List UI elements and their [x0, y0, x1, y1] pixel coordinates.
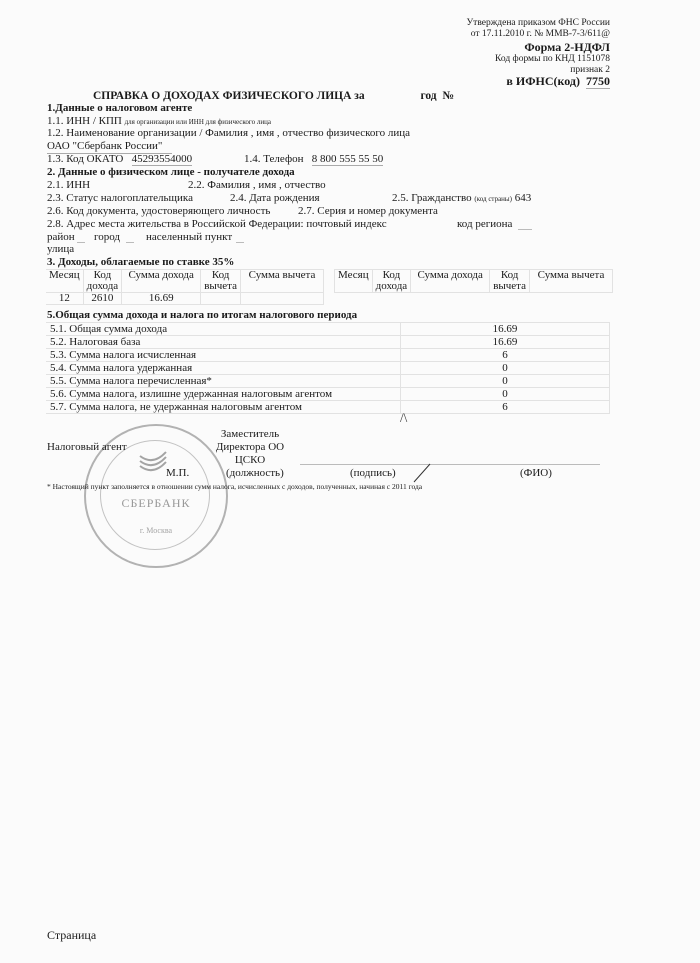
- position-line-2: Директора ОО: [215, 441, 285, 454]
- recipient-inn-label: 2.1. ИНН: [47, 179, 90, 192]
- doc-code-label: 2.6. Код документа, удостоверяющего личн…: [47, 205, 270, 218]
- inn-kpp-label: 1.1. ИНН / КПП: [47, 115, 122, 127]
- tax-overwithheld-value: 0: [401, 388, 610, 401]
- totals-table: 5.1. Общая сумма дохода16.69 5.2. Налого…: [46, 322, 610, 414]
- income-table-header: Месяц Код дохода Сумма дохода Код вычета…: [335, 270, 613, 293]
- total-income-value: 16.69: [401, 323, 610, 336]
- street-label: улица: [47, 243, 74, 256]
- cell-month: 12: [46, 293, 83, 305]
- section3-heading: 3. Доходы, облагаемые по ставке 35%: [47, 256, 234, 269]
- position-line-3: ЦСКО: [215, 454, 285, 467]
- tax-base-label: 5.2. Налоговая база: [46, 336, 401, 349]
- position-block: Заместитель Директора ОО ЦСКО: [215, 428, 285, 467]
- okato-field: 1.3. Код ОКАТО 45293554000: [47, 153, 192, 166]
- citizenship-note: (код страны): [474, 195, 512, 203]
- birth-date-label: 2.4. Дата рождения: [230, 192, 320, 205]
- fio-caption: (ФИО): [520, 467, 552, 480]
- col-deduction-code: Код вычета: [490, 270, 530, 293]
- tax-withheld-value: 0: [401, 362, 610, 375]
- col-income-code: Код дохода: [83, 270, 122, 293]
- taxpayer-status-label: 2.3. Статус налогоплательщика: [47, 192, 193, 205]
- table-row: 12 2610 16.69: [46, 293, 324, 305]
- title-year-label: год: [420, 90, 436, 102]
- page-label: Страница: [47, 928, 96, 943]
- section1-heading: 1.Данные о налоговом агенте: [47, 102, 192, 115]
- tax-overwithheld-label: 5.6. Сумма налога, излишне удержанная на…: [46, 388, 401, 401]
- approval-line-2: от 17.11.2010 г. № ММВ-7-3/611@: [471, 29, 610, 40]
- knd-code: Код формы по КНД 1151078: [495, 54, 610, 65]
- tax-calculated-value: 6: [401, 349, 610, 362]
- section5-heading: 5.Общая сумма дохода и налога по итогам …: [47, 309, 357, 322]
- col-month: Месяц: [46, 270, 83, 293]
- signature-stroke: [412, 462, 434, 484]
- table-row: 5.5. Сумма налога перечисленная*0: [46, 375, 610, 388]
- doc-number-label: 2.7. Серия и номер документа: [298, 205, 438, 218]
- title-number-label: №: [442, 90, 454, 102]
- tax-calculated-label: 5.3. Сумма налога исчисленная: [46, 349, 401, 362]
- income-table-right: Месяц Код дохода Сумма дохода Код вычета…: [334, 269, 613, 293]
- position-caption: (должность): [226, 467, 284, 480]
- citizenship-field: 2.5. Гражданство (код страны) 643: [392, 192, 531, 206]
- income-table-header: Месяц Код дохода Сумма дохода Код вычета…: [46, 270, 324, 293]
- signature-caption: (подпись): [350, 467, 396, 480]
- col-income-code: Код дохода: [372, 270, 411, 293]
- citizenship-label: 2.5. Гражданство: [392, 192, 472, 204]
- cell-income-code: 2610: [83, 293, 122, 305]
- ifns-label: в ИФНС(код): [506, 74, 580, 88]
- total-income-label: 5.1. Общая сумма дохода: [46, 323, 401, 336]
- cell-income-sum: 16.69: [122, 293, 201, 305]
- ifns-code: в ИФНС(код) 7750: [506, 74, 610, 88]
- col-income-sum: Сумма дохода: [411, 270, 490, 293]
- recipient-fio-label: 2.2. Фамилия , имя , отчество: [188, 179, 326, 192]
- section2-heading: 2. Данные о физическом лице - получателе…: [47, 166, 295, 179]
- phone-label: 1.4. Телефон: [244, 153, 303, 165]
- cell-deduction-code: [201, 293, 241, 305]
- income-table-left: Месяц Код дохода Сумма дохода Код вычета…: [46, 269, 324, 305]
- form-name: Форма 2-НДФЛ: [524, 40, 610, 54]
- tax-transferred-label: 5.5. Сумма налога перечисленная*: [46, 375, 401, 388]
- tax-not-withheld-value: 6: [401, 401, 610, 414]
- org-name-value: ОАО "Сбербанк России": [47, 140, 172, 154]
- inn-kpp-note: для организации или ИНН для физического …: [125, 118, 271, 126]
- tax-withheld-label: 5.4. Сумма налога удержанная: [46, 362, 401, 375]
- col-month: Месяц: [335, 270, 373, 293]
- tax-base-value: 16.69: [401, 336, 610, 349]
- col-deduction-sum: Сумма вычета: [530, 270, 613, 293]
- stamp-brand: СБЕРБАНК: [86, 496, 226, 511]
- okato-value: 45293554000: [132, 153, 193, 166]
- ifns-value: 7750: [586, 74, 610, 89]
- table-row: 5.3. Сумма налога исчисленная6: [46, 349, 610, 362]
- col-deduction-code: Код вычета: [201, 270, 241, 293]
- org-name-label: 1.2. Наименование организации / Фамилия …: [47, 127, 410, 140]
- citizenship-value: 643: [515, 192, 532, 204]
- tax-transferred-value: 0: [401, 375, 610, 388]
- table-row: 5.1. Общая сумма дохода16.69: [46, 323, 610, 336]
- phone-field: 1.4. Телефон 8 800 555 55 50: [244, 153, 383, 166]
- city-label: город: [94, 231, 120, 244]
- position-line-1: Заместитель: [215, 428, 285, 441]
- footnote: * Настоящий пункт заполняется в отношени…: [47, 482, 422, 491]
- stamp-city: г. Москва: [86, 526, 226, 535]
- table-row: 5.7. Сумма налога, не удержанная налогов…: [46, 401, 610, 414]
- title-text: СПРАВКА О ДОХОДАХ ФИЗИЧЕСКОГО ЛИЦА за: [93, 90, 365, 102]
- page-title: СПРАВКА О ДОХОДАХ ФИЗИЧЕСКОГО ЛИЦА за го…: [93, 90, 454, 102]
- region-code-label: код региона: [457, 218, 512, 231]
- mp-label: М.П.: [166, 467, 189, 480]
- approval-line-1: Утверждена приказом ФНС России: [466, 18, 610, 29]
- cell-deduction-sum: [241, 293, 324, 305]
- table-row: 5.6. Сумма налога, излишне удержанная на…: [46, 388, 610, 401]
- table-row: 5.2. Налоговая база16.69: [46, 336, 610, 349]
- tax-agent-label: Налоговый агент: [47, 441, 127, 454]
- okato-label: 1.3. Код ОКАТО: [47, 153, 123, 165]
- tax-not-withheld-label: 5.7. Сумма налога, не удержанная налогов…: [46, 401, 401, 414]
- col-deduction-sum: Сумма вычета: [241, 270, 324, 293]
- handwritten-mark: /\: [400, 410, 407, 426]
- locality-label: населенный пункт: [146, 231, 232, 244]
- col-income-sum: Сумма дохода: [122, 270, 201, 293]
- address-label: 2.8. Адрес места жительства в Российской…: [47, 218, 387, 231]
- sberbank-logo-icon: [138, 450, 168, 472]
- table-row: 5.4. Сумма налога удержанная0: [46, 362, 610, 375]
- phone-value: 8 800 555 55 50: [312, 153, 384, 166]
